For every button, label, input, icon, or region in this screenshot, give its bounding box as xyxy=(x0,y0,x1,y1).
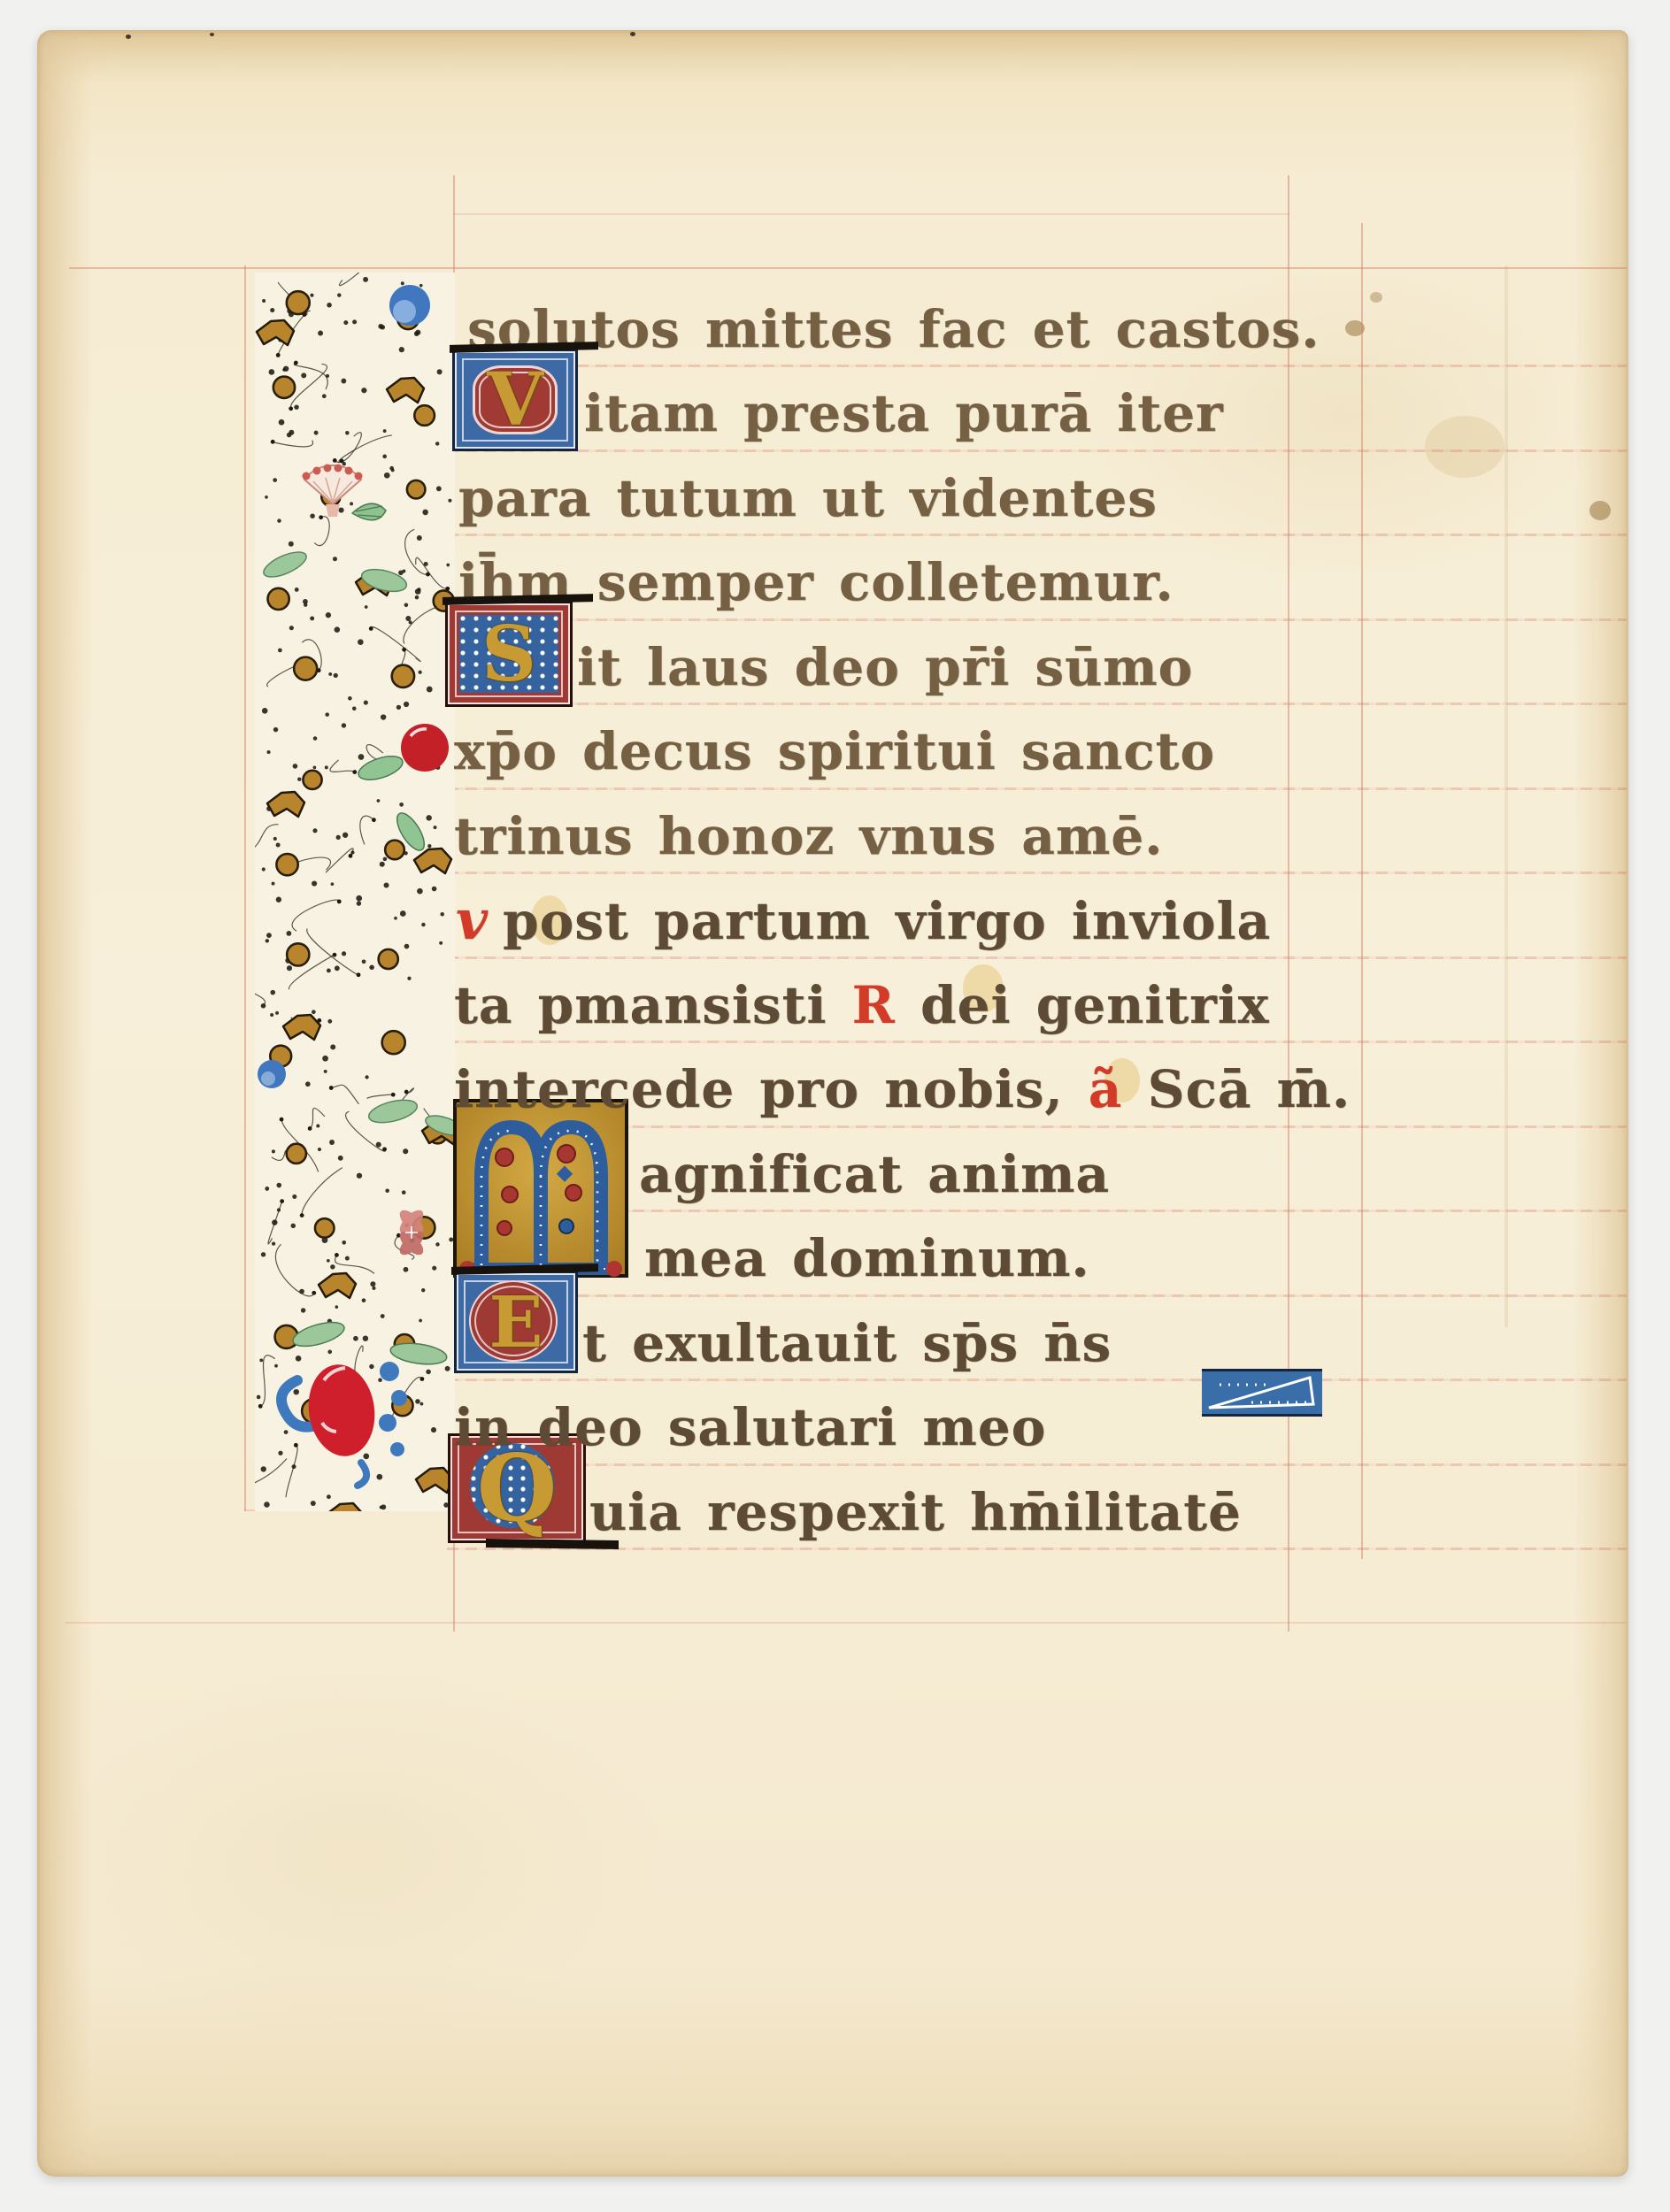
line-text: solutos mittes fac et castos. xyxy=(467,299,1320,359)
text-line: mea dominum. xyxy=(644,1232,1090,1285)
line-text: Scā m̄. xyxy=(1122,1059,1351,1119)
ruling-baseline xyxy=(447,1548,1627,1550)
text-line: ta pmansisti R dei genitrix xyxy=(454,979,1269,1032)
manuscript-photo: V S M xyxy=(0,0,1670,2212)
illuminated-initial-E: E xyxy=(454,1271,578,1373)
line-text: ih̄m semper colletemur. xyxy=(458,552,1174,612)
initial-letter: S xyxy=(481,610,536,699)
ruling-baseline xyxy=(447,449,1627,452)
carnation-flower xyxy=(260,465,409,595)
ruling-baseline xyxy=(447,1379,1627,1381)
ruling-baseline xyxy=(447,534,1627,536)
ruling-baseline xyxy=(447,1463,1627,1466)
floral-border-panel xyxy=(255,273,455,1511)
line-text: mea dominum. xyxy=(644,1228,1090,1288)
text-line: it laus deo pr̄i sūmo xyxy=(577,641,1193,694)
line-text: para tutum ut videntes xyxy=(458,468,1158,528)
stain xyxy=(1589,501,1611,520)
text-line: agnificat anima xyxy=(639,1148,1110,1201)
line-text: uia respexit hm̄ilitatē xyxy=(589,1482,1242,1542)
antiphon-mark: ã xyxy=(1089,1059,1123,1119)
leaf-pair xyxy=(366,1096,455,1140)
ruling-horizontal-top xyxy=(69,267,1627,269)
ruling-baseline xyxy=(447,787,1627,790)
ruling-baseline xyxy=(447,956,1627,959)
blue-flower-small xyxy=(258,1060,286,1088)
response-mark: R xyxy=(852,975,896,1035)
fold-line xyxy=(1505,265,1508,1327)
text-line: xp̄o decus spiritui sancto xyxy=(454,725,1215,778)
initial-letter: V xyxy=(487,357,543,442)
text-line: para tutum ut videntes xyxy=(458,472,1158,525)
initial-letter: E xyxy=(489,1280,543,1363)
ruling-baseline xyxy=(447,703,1627,705)
line-text: it laus deo pr̄i sūmo xyxy=(577,637,1193,697)
text-line: itam presta purā iter xyxy=(584,387,1224,440)
ruling-baseline xyxy=(447,1041,1627,1043)
line-text: trinus honoz vnus amē. xyxy=(454,806,1163,866)
red-cherry xyxy=(356,724,449,855)
text-line: trinus honoz vnus amē. xyxy=(454,810,1163,863)
edge-speck xyxy=(210,33,214,36)
line-filler xyxy=(1202,1369,1322,1417)
line-text: t exultauit sp̄s n̄s xyxy=(582,1313,1112,1373)
ruling-vertical-right-outer xyxy=(1361,223,1363,1559)
line-text: dei genitrix xyxy=(896,975,1270,1035)
ruling-baseline xyxy=(447,365,1627,367)
stain xyxy=(1425,416,1505,478)
illuminated-initial-V: V xyxy=(452,349,578,451)
text-line: vpost partum virgo inviola xyxy=(456,894,1271,948)
edge-speck xyxy=(630,32,635,36)
line-text: ta pmansisti xyxy=(454,975,852,1035)
ruling-baseline xyxy=(447,872,1627,874)
edge-speck xyxy=(126,35,131,39)
illuminated-initial-S: S xyxy=(445,601,573,707)
ruling-horizontal-header xyxy=(453,213,1289,215)
line-text: agnificat anima xyxy=(639,1144,1110,1204)
ruling-vertical-left-outer xyxy=(244,265,246,1511)
ruling-horizontal-bottom xyxy=(65,1622,1627,1624)
text-line: intercede pro nobis, ã Scā m̄. xyxy=(454,1063,1351,1116)
line-text: itam presta purā iter xyxy=(584,383,1224,443)
blue-berry-flower xyxy=(389,285,430,326)
text-line: t exultauit sp̄s n̄s xyxy=(582,1317,1112,1370)
text-line: uia respexit hm̄ilitatē xyxy=(589,1486,1242,1539)
stain xyxy=(1370,292,1382,303)
ruling-baseline xyxy=(447,1294,1627,1297)
line-text: intercede pro nobis, xyxy=(454,1059,1089,1119)
line-text: xp̄o decus spiritui sancto xyxy=(454,721,1215,781)
initial-letter: Q xyxy=(477,1444,558,1532)
illuminated-initial-M: M xyxy=(453,1099,628,1288)
ruling-baseline xyxy=(447,618,1627,621)
versicle-mark: v xyxy=(456,887,489,952)
line-text: post partum virgo inviola xyxy=(503,891,1271,951)
vine-ornament xyxy=(255,273,455,1497)
